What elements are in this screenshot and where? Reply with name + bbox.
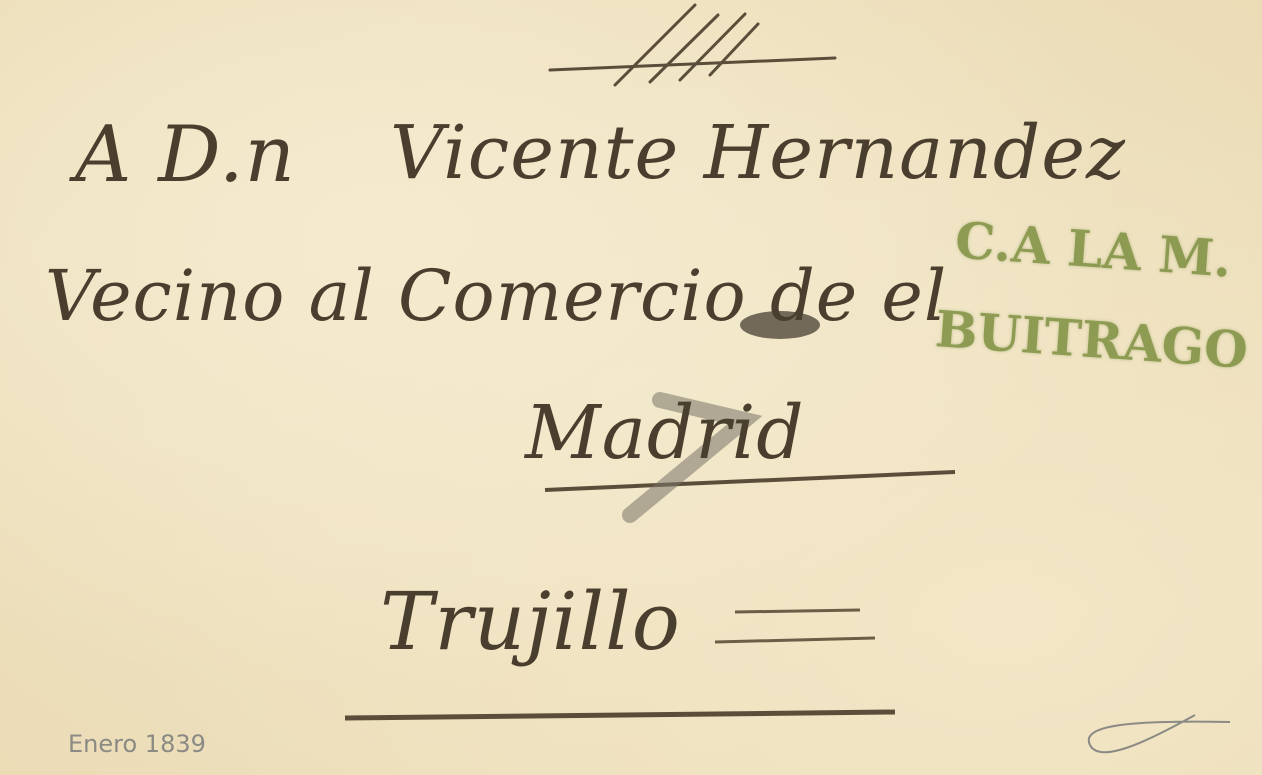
pencil-date-note: Enero 1839 bbox=[68, 730, 206, 758]
addressee-name: Vicente Hernandez bbox=[390, 110, 1126, 196]
pencil-flourish-icon bbox=[1089, 715, 1230, 752]
city-madrid: Madrid bbox=[525, 390, 805, 476]
address-line: Vecino al Comercio de el bbox=[45, 255, 947, 337]
city-trujillo: Trujillo bbox=[380, 575, 681, 668]
top-cancel-mark bbox=[550, 5, 835, 85]
letter-cover: A D.n Vicente Hernandez Vecino al Comerc… bbox=[0, 0, 1262, 775]
trujillo-underline bbox=[345, 712, 895, 718]
addressee-prefix: A D.n bbox=[75, 110, 296, 200]
